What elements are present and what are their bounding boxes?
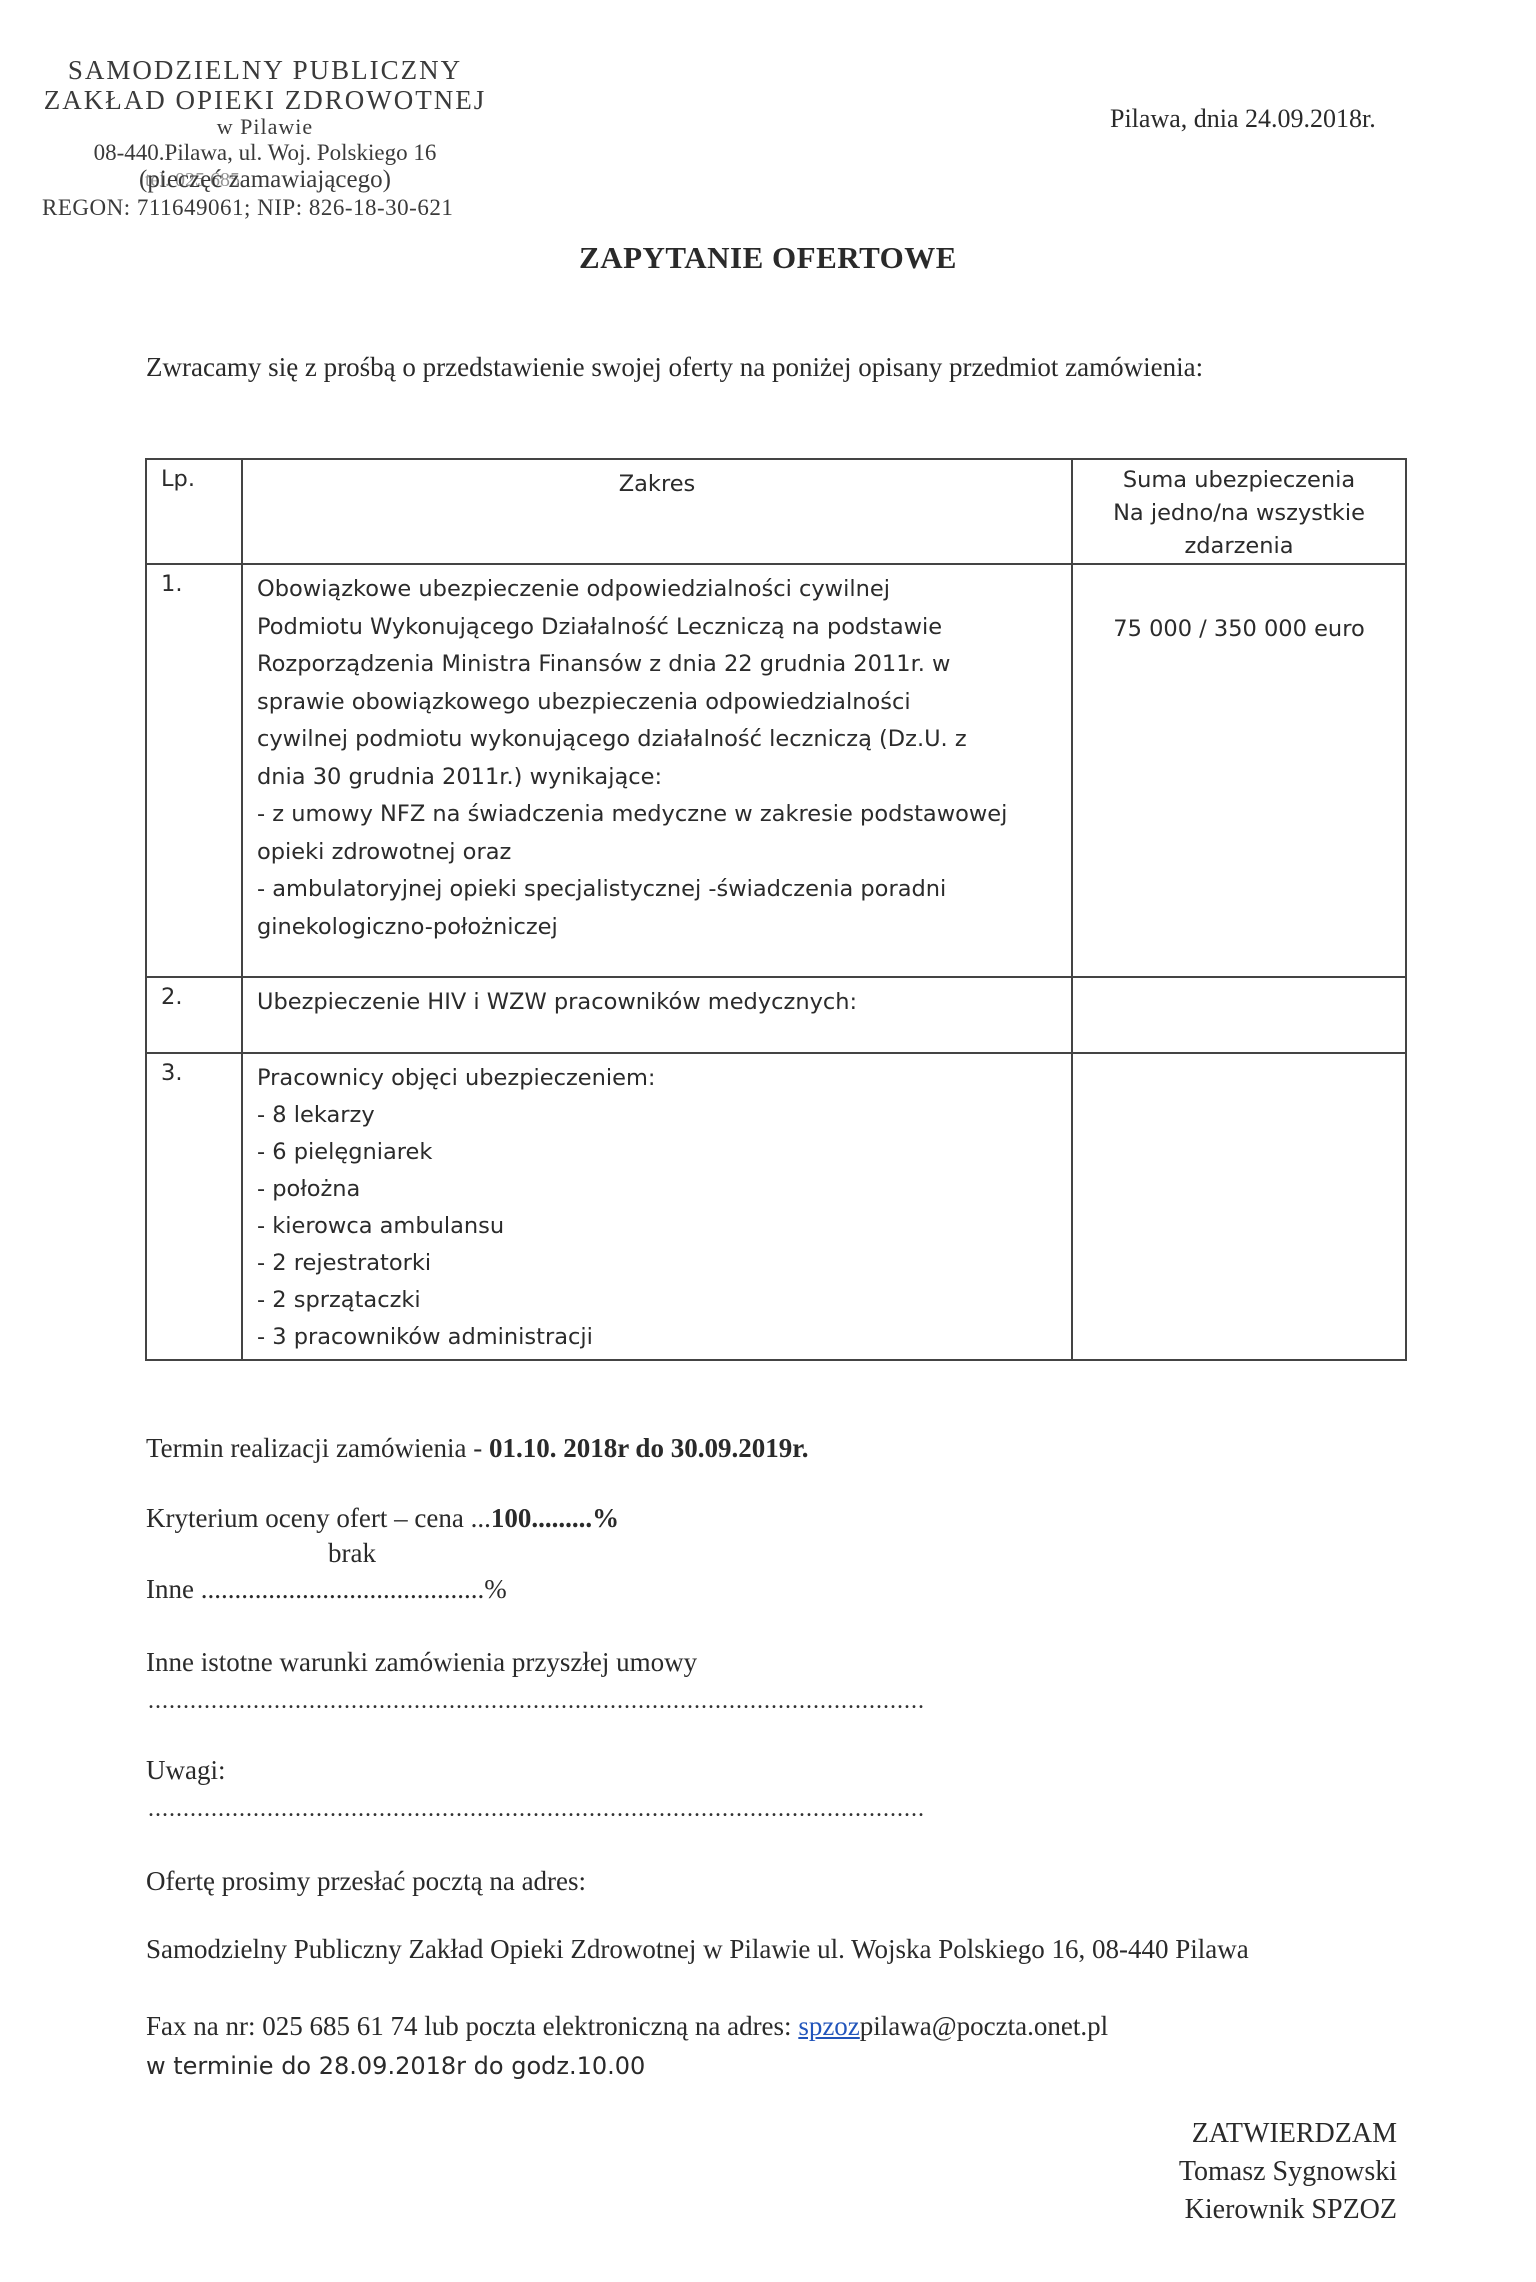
signature-approval: ZATWIERDZAM (1179, 2115, 1397, 2153)
email-rest: pilawa@poczta.onet.pl (860, 2011, 1108, 2041)
stamp-line-2: ZAKŁAD OPIEKI ZDROWOTNEJ (40, 85, 490, 115)
row-number: 1. (146, 564, 242, 977)
document-title: ZAPYTANIE OFERTOWE (0, 240, 1536, 276)
zakres-line: - 3 pracowników administracji (257, 1319, 1071, 1356)
table-row: 3. Pracownicy objęci ubezpieczeniem: - 8… (146, 1053, 1406, 1360)
zakres-line: - położna (257, 1171, 1071, 1208)
zakres-line: - 8 lekarzy (257, 1097, 1071, 1134)
deadline-line: w terminie do 28.09.2018r do godz.10.00 (146, 2052, 645, 2080)
fax-text: Fax na nr: 025 685 61 74 lub poczta elek… (146, 2011, 798, 2041)
stamp-address: 08-440.Pilawa, ul. Woj. Polskiego 16 (40, 139, 490, 167)
zakres-line: ginekologiczno-położniczej (257, 909, 1071, 947)
insurance-sum-value: 75 000 / 350 000 euro (1073, 613, 1405, 646)
remarks-label: Uwagi: (146, 1755, 225, 1786)
header-lp: Lp. (146, 459, 242, 564)
signature-name: Tomasz Sygnowski (1179, 2153, 1397, 2191)
table-row: 2. Ubezpieczenie HIV i WZW pracowników m… (146, 977, 1406, 1053)
row-number: 3. (146, 1053, 242, 1360)
header-suma-line-2: Na jedno/na wszystkie (1073, 497, 1405, 530)
stamp-regon-nip: REGON: 711649061; NIP: 826-18-30-621 (40, 193, 490, 223)
row-zakres: Ubezpieczenie HIV i WZW pracowników medy… (242, 977, 1072, 1053)
header-zakres: Zakres (242, 459, 1072, 564)
row-number: 2. (146, 977, 242, 1053)
row-zakres: Pracownicy objęci ubezpieczeniem: - 8 le… (242, 1053, 1072, 1360)
offer-address: Samodzielny Publiczny Zakład Opieki Zdro… (146, 1934, 1249, 1965)
zakres-line: Obowiązkowe ubezpieczenie odpowiedzialno… (257, 571, 1071, 609)
zakres-line: Ubezpieczenie HIV i WZW pracowników medy… (257, 984, 1071, 1022)
document-date: Pilawa, dnia 24.09.2018r. (1110, 104, 1376, 134)
signature-position: Kierownik SPZOZ (1179, 2191, 1397, 2229)
zakres-line: Rozporządzenia Ministra Finansów z dnia … (257, 646, 1071, 684)
zakres-line: cywilnej podmiotu wykonującego działalno… (257, 721, 1071, 759)
stamp-caption: tel. 025 685 (pieczęć zamawiającego) (40, 167, 490, 193)
header-suma-line-3: zdarzenia (1073, 530, 1405, 563)
remarks-dots: ........................................… (148, 1796, 925, 1823)
criterion-line: Kryterium oceny ofert – cena ...100.....… (146, 1503, 619, 1534)
row-suma: 75 000 / 350 000 euro (1072, 564, 1406, 977)
zakres-line: - kierowca ambulansu (257, 1208, 1071, 1245)
table-header-row: Lp. Zakres Suma ubezpieczenia Na jedno/n… (146, 459, 1406, 564)
zakres-line: opieki zdrowotnej oraz (257, 834, 1071, 872)
criterion-brak: brak (328, 1538, 376, 1569)
term-line: Termin realizacji zamówienia - 01.10. 20… (146, 1433, 808, 1464)
fax-email-line: Fax na nr: 025 685 61 74 lub poczta elek… (146, 2011, 1108, 2042)
header-suma-line-1: Suma ubezpieczenia (1073, 464, 1405, 497)
row-suma (1072, 977, 1406, 1053)
signature-block: ZATWIERDZAM Tomasz Sygnowski Kierownik S… (1179, 2115, 1397, 2229)
zakres-line: dnia 30 grudnia 2011r.) wynikające: (257, 759, 1071, 797)
zakres-line: - ambulatoryjnej opieki specjalistycznej… (257, 871, 1071, 909)
zakres-line: sprawie obowiązkowego ubezpieczenia odpo… (257, 684, 1071, 722)
zakres-line: - 2 sprzątaczki (257, 1282, 1071, 1319)
zakres-line: - 6 pielęgniarek (257, 1134, 1071, 1171)
stamp-phone-faded: tel. 025 685 (145, 167, 240, 193)
zakres-line: Podmiotu Wykonującego Działalność Leczni… (257, 609, 1071, 647)
offer-send-label: Ofertę prosimy przesłać pocztą na adres: (146, 1866, 586, 1897)
zakres-line: - 2 rejestratorki (257, 1245, 1071, 1282)
term-label: Termin realizacji zamówienia - (146, 1433, 489, 1463)
criterion-other: Inne ...................................… (146, 1574, 507, 1605)
zakres-line: Pracownicy objęci ubezpieczeniem: (257, 1060, 1071, 1097)
conditions-dots: ........................................… (148, 1688, 925, 1715)
header-suma: Suma ubezpieczenia Na jedno/na wszystkie… (1072, 459, 1406, 564)
conditions-label: Inne istotne warunki zamówienia przyszłe… (146, 1647, 697, 1678)
criterion-label: Kryterium oceny ofert – cena ... (146, 1503, 491, 1533)
row-zakres: Obowiązkowe ubezpieczenie odpowiedzialno… (242, 564, 1072, 977)
intro-text: Zwracamy się z prośbą o przedstawienie s… (146, 352, 1203, 383)
term-value: 01.10. 2018r do 30.09.2019r. (489, 1433, 809, 1463)
scope-table: Lp. Zakres Suma ubezpieczenia Na jedno/n… (145, 458, 1407, 1361)
organization-stamp: SAMODZIELNY PUBLICZNY ZAKŁAD OPIEKI ZDRO… (40, 55, 490, 223)
stamp-line-3: w Pilawie (40, 115, 490, 139)
stamp-line-1: SAMODZIELNY PUBLICZNY (40, 55, 490, 85)
row-suma (1072, 1053, 1406, 1360)
criterion-value: 100.........% (491, 1503, 619, 1533)
table-row: 1. Obowiązkowe ubezpieczenie odpowiedzia… (146, 564, 1406, 977)
zakres-line: - z umowy NFZ na świadczenia medyczne w … (257, 796, 1071, 834)
email-link[interactable]: spzoz (798, 2011, 859, 2041)
